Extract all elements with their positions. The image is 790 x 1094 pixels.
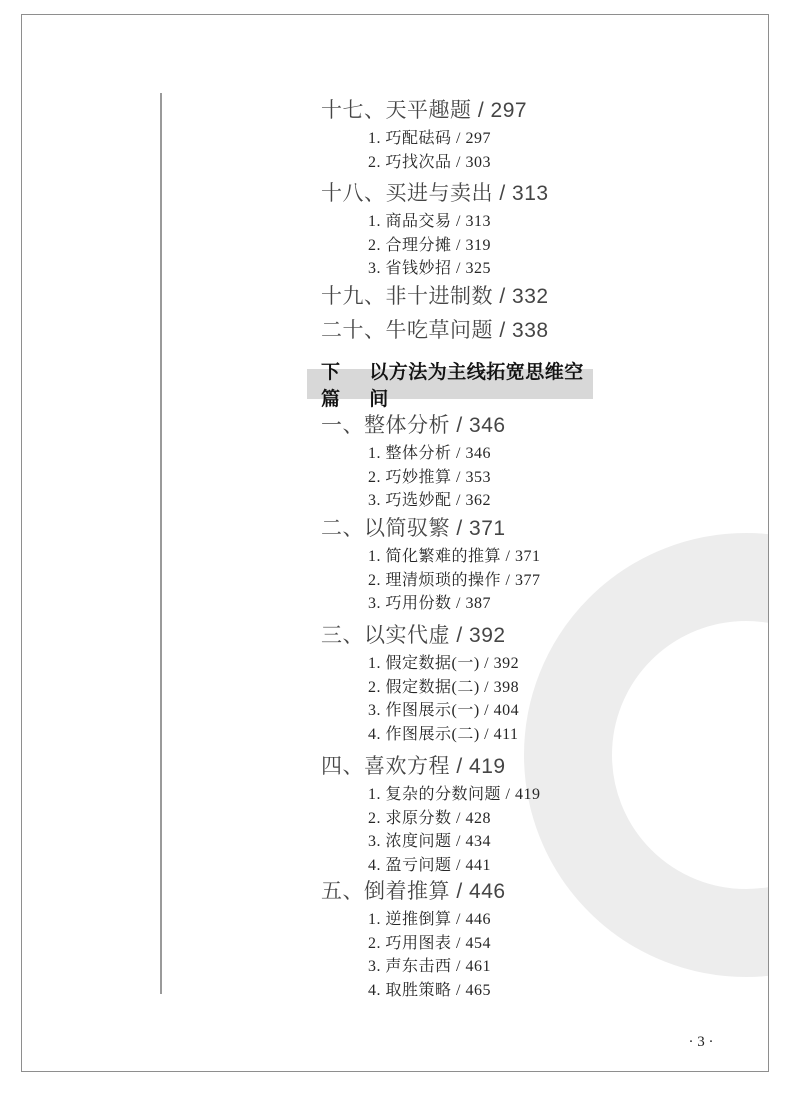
toc-subitem: 2. 巧妙推算 / 353: [368, 466, 506, 490]
toc-subitem: 4. 作图展示(二) / 411: [368, 723, 519, 747]
slash-separator: /: [480, 726, 494, 743]
chapter-heading: 五、倒着推算 / 446: [321, 879, 506, 904]
chapter-page-number: 446: [469, 880, 506, 903]
toc-chapter-p2-4: 四、喜欢方程 / 419 1. 复杂的分数问题 / 419 2. 求原分数 / …: [321, 754, 540, 877]
toc-chapter-17: 十七、天平趣题 / 297 1. 巧配砝码 / 297 2. 巧找次品 / 30…: [321, 98, 527, 174]
subitem-title: 2. 巧妙推算: [368, 469, 452, 486]
toc-subitem: 3. 声东击西 / 461: [368, 955, 506, 979]
subitem-page-number: 392: [494, 655, 520, 672]
chapter-subitems: 1. 商品交易 / 313 2. 合理分摊 / 319 3. 省钱妙招 / 32…: [321, 210, 549, 281]
toc-subitem: 2. 理清烦琐的操作 / 377: [368, 569, 540, 593]
chapter-title: 五、倒着推算: [321, 880, 450, 903]
subitem-page-number: 461: [465, 958, 491, 975]
subitem-page-number: 434: [465, 833, 491, 850]
chapter-page-number: 419: [469, 755, 506, 778]
slash-separator: /: [501, 786, 515, 803]
toc-chapter-p2-2: 二、以简驭繁 / 371 1. 简化繁难的推算 / 371 2. 理清烦琐的操作…: [321, 516, 540, 616]
slash-separator: /: [452, 492, 466, 509]
chapter-heading: 十八、买进与卖出 / 313: [321, 181, 549, 206]
subitem-title: 2. 假定数据(二): [368, 679, 480, 696]
toc-subitem: 4. 取胜策略 / 465: [368, 979, 506, 1003]
subitem-title: 3. 浓度问题: [368, 833, 452, 850]
subitem-title: 2. 理清烦琐的操作: [368, 572, 501, 589]
chapter-page-number: 313: [512, 182, 549, 205]
slash-separator: /: [452, 911, 466, 928]
chapter-subitems: 1. 简化繁难的推算 / 371 2. 理清烦琐的操作 / 377 3. 巧用份…: [321, 545, 540, 616]
subitem-page-number: 419: [515, 786, 541, 803]
slash-separator: /: [452, 935, 466, 952]
subitem-title: 2. 合理分摊: [368, 237, 452, 254]
chapter-page-number: 297: [491, 99, 528, 122]
chapter-title: 二、以简驭繁: [321, 517, 450, 540]
subitem-page-number: 377: [515, 572, 541, 589]
subitem-title: 2. 巧找次品: [368, 154, 452, 171]
chapter-heading: 三、以实代虚 / 392: [321, 623, 519, 648]
chapter-title: 四、喜欢方程: [321, 755, 450, 778]
subitem-title: 3. 省钱妙招: [368, 260, 452, 277]
subitem-title: 4. 盈亏问题: [368, 857, 452, 874]
book-page: 十七、天平趣题 / 297 1. 巧配砝码 / 297 2. 巧找次品 / 30…: [21, 14, 769, 1072]
subitem-title: 2. 巧用图表: [368, 935, 452, 952]
toc-subitem: 2. 巧找次品 / 303: [368, 151, 527, 175]
subitem-page-number: 465: [465, 982, 491, 999]
slash-separator: /: [450, 880, 469, 903]
subitem-title: 1. 巧配砝码: [368, 130, 452, 147]
toc-chapter-18: 十八、买进与卖出 / 313 1. 商品交易 / 313 2. 合理分摊 / 3…: [321, 181, 549, 281]
slash-separator: /: [452, 833, 466, 850]
chapter-title: 二十、牛吃草问题: [321, 319, 493, 342]
slash-separator: /: [493, 285, 512, 308]
subitem-title: 1. 逆推倒算: [368, 911, 452, 928]
slash-separator: /: [501, 548, 515, 565]
slash-separator: /: [452, 857, 466, 874]
chapter-title: 十八、买进与卖出: [321, 182, 493, 205]
toc-subitem: 1. 整体分析 / 346: [368, 442, 506, 466]
slash-separator: /: [452, 958, 466, 975]
chapter-heading: 二、以简驭繁 / 371: [321, 516, 540, 541]
subitem-page-number: 446: [465, 911, 491, 928]
subitem-title: 1. 整体分析: [368, 445, 452, 462]
slash-separator: /: [450, 414, 469, 437]
slash-separator: /: [452, 130, 466, 147]
subitem-page-number: 313: [465, 213, 491, 230]
slash-separator: /: [493, 182, 512, 205]
subitem-page-number: 319: [465, 237, 491, 254]
chapter-heading: 十七、天平趣题 / 297: [321, 98, 527, 123]
left-vertical-rule: [160, 93, 162, 994]
chapter-subitems: 1. 巧配砝码 / 297 2. 巧找次品 / 303: [321, 127, 527, 174]
subitem-page-number: 346: [465, 445, 491, 462]
subitem-page-number: 398: [494, 679, 520, 696]
toc-subitem: 1. 巧配砝码 / 297: [368, 127, 527, 151]
slash-separator: /: [452, 469, 466, 486]
slash-separator: /: [450, 624, 469, 647]
subitem-title: 4. 作图展示(二): [368, 726, 480, 743]
part2-title: 以方法为主线拓宽思维空间: [369, 357, 593, 411]
chapter-title: 十七、天平趣题: [321, 99, 472, 122]
slash-separator: /: [452, 154, 466, 171]
watermark-ring: [524, 533, 769, 977]
toc-chapter-p2-1: 一、整体分析 / 346 1. 整体分析 / 346 2. 巧妙推算 / 353…: [321, 413, 506, 513]
chapter-page-number: 371: [469, 517, 506, 540]
chapter-subitems: 1. 假定数据(一) / 392 2. 假定数据(二) / 398 3. 作图展…: [321, 652, 519, 746]
slash-separator: /: [493, 319, 512, 342]
chapter-subitems: 1. 整体分析 / 346 2. 巧妙推算 / 353 3. 巧选妙配 / 36…: [321, 442, 506, 513]
toc-subitem: 3. 作图展示(一) / 404: [368, 699, 519, 723]
toc-subitem: 3. 巧选妙配 / 362: [368, 489, 506, 513]
chapter-subitems: 1. 复杂的分数问题 / 419 2. 求原分数 / 428 3. 浓度问题 /…: [321, 783, 540, 877]
subitem-title: 1. 商品交易: [368, 213, 452, 230]
toc-subitem: 3. 浓度问题 / 434: [368, 830, 540, 854]
footer-page-number: · 3 ·: [671, 1034, 731, 1051]
slash-separator: /: [452, 982, 466, 999]
slash-separator: /: [450, 755, 469, 778]
slash-separator: /: [480, 655, 494, 672]
subitem-page-number: 325: [465, 260, 491, 277]
subitem-title: 2. 求原分数: [368, 810, 452, 827]
toc-subitem: 4. 盈亏问题 / 441: [368, 854, 540, 878]
chapter-title: 一、整体分析: [321, 414, 450, 437]
slash-separator: /: [501, 572, 515, 589]
subitem-page-number: 428: [465, 810, 491, 827]
subitem-title: 1. 假定数据(一): [368, 655, 480, 672]
toc-subitem: 2. 求原分数 / 428: [368, 807, 540, 831]
chapter-heading: 一、整体分析 / 346: [321, 413, 506, 438]
subitem-page-number: 297: [465, 130, 491, 147]
subitem-page-number: 362: [465, 492, 491, 509]
subitem-title: 1. 简化繁难的推算: [368, 548, 501, 565]
chapter-page-number: 332: [512, 285, 549, 308]
subitem-page-number: 404: [494, 702, 520, 719]
toc-subitem: 2. 巧用图表 / 454: [368, 932, 506, 956]
slash-separator: /: [480, 679, 494, 696]
chapter-heading: 十九、非十进制数 / 332: [321, 284, 549, 309]
chapter-heading: 四、喜欢方程 / 419: [321, 754, 540, 779]
subitem-title: 3. 巧用份数: [368, 595, 452, 612]
subitem-page-number: 411: [494, 726, 519, 743]
chapter-page-number: 392: [469, 624, 506, 647]
chapter-page-number: 338: [512, 319, 549, 342]
slash-separator: /: [452, 260, 466, 277]
slash-separator: /: [452, 595, 466, 612]
chapter-page-number: 346: [469, 414, 506, 437]
toc-subitem: 1. 假定数据(一) / 392: [368, 652, 519, 676]
slash-separator: /: [452, 237, 466, 254]
subitem-title: 4. 取胜策略: [368, 982, 452, 999]
part2-label: 下篇: [321, 357, 358, 411]
toc-subitem: 2. 合理分摊 / 319: [368, 234, 549, 258]
subitem-page-number: 441: [465, 857, 491, 874]
toc-subitem: 3. 省钱妙招 / 325: [368, 257, 549, 281]
toc-subitem: 1. 商品交易 / 313: [368, 210, 549, 234]
toc-subitem: 2. 假定数据(二) / 398: [368, 676, 519, 700]
subitem-page-number: 387: [465, 595, 491, 612]
slash-separator: /: [452, 213, 466, 230]
chapter-subitems: 1. 逆推倒算 / 446 2. 巧用图表 / 454 3. 声东击西 / 46…: [321, 908, 506, 1002]
part2-header-bar: 下篇 以方法为主线拓宽思维空间: [307, 369, 593, 399]
toc-chapter-p2-3: 三、以实代虚 / 392 1. 假定数据(一) / 392 2. 假定数据(二)…: [321, 623, 519, 746]
toc-subitem: 1. 简化繁难的推算 / 371: [368, 545, 540, 569]
subitem-page-number: 303: [465, 154, 491, 171]
slash-separator: /: [472, 99, 491, 122]
slash-separator: /: [450, 517, 469, 540]
toc-chapter-20: 二十、牛吃草问题 / 338: [321, 318, 549, 343]
chapter-title: 十九、非十进制数: [321, 285, 493, 308]
toc-chapter-19: 十九、非十进制数 / 332: [321, 284, 549, 309]
chapter-heading: 二十、牛吃草问题 / 338: [321, 318, 549, 343]
subitem-page-number: 454: [465, 935, 491, 952]
subitem-title: 3. 声东击西: [368, 958, 452, 975]
slash-separator: /: [452, 810, 466, 827]
toc-subitem: 3. 巧用份数 / 387: [368, 592, 540, 616]
subitem-page-number: 353: [465, 469, 491, 486]
toc-subitem: 1. 逆推倒算 / 446: [368, 908, 506, 932]
subitem-title: 3. 作图展示(一): [368, 702, 480, 719]
subitem-page-number: 371: [515, 548, 541, 565]
slash-separator: /: [452, 445, 466, 462]
toc-chapter-p2-5: 五、倒着推算 / 446 1. 逆推倒算 / 446 2. 巧用图表 / 454…: [321, 879, 506, 1002]
toc-subitem: 1. 复杂的分数问题 / 419: [368, 783, 540, 807]
slash-separator: /: [480, 702, 494, 719]
subitem-title: 1. 复杂的分数问题: [368, 786, 501, 803]
subitem-title: 3. 巧选妙配: [368, 492, 452, 509]
chapter-title: 三、以实代虚: [321, 624, 450, 647]
